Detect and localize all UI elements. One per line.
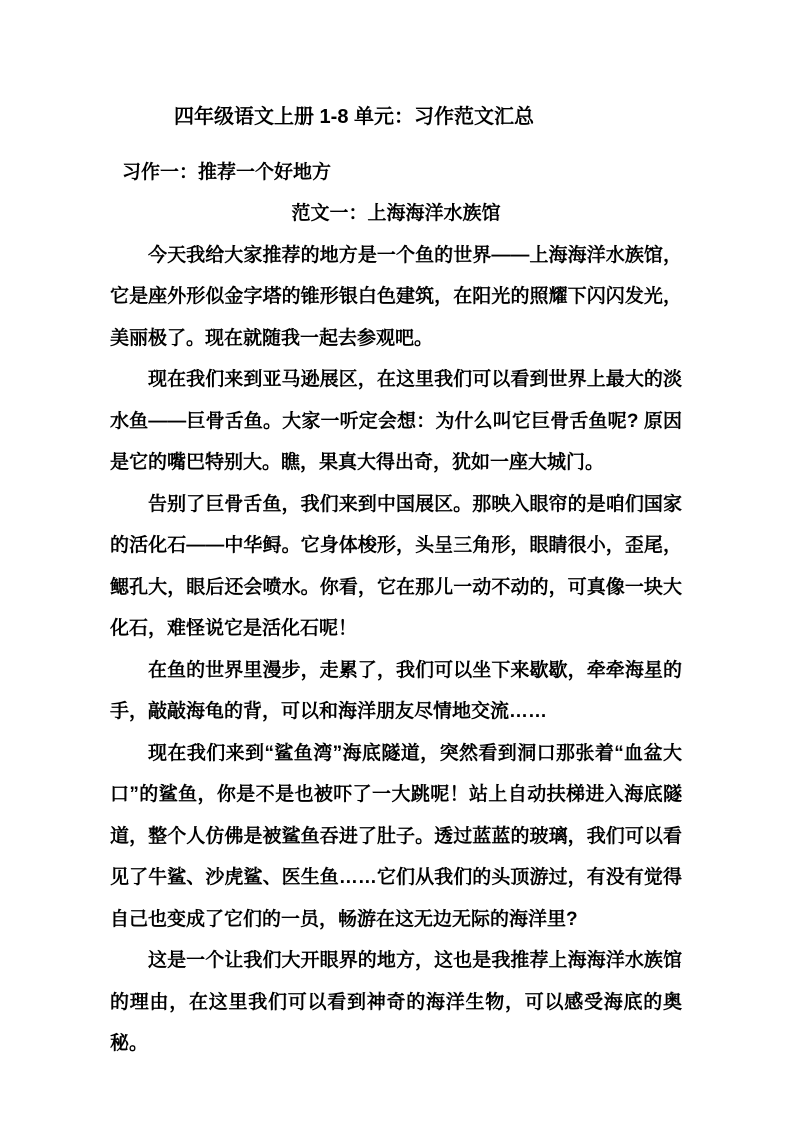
section-heading: 习作一：推荐一个好地方 — [110, 152, 682, 194]
paragraph-shark-bay: 现在我们来到“鲨鱼湾”海底隧道，突然看到洞口那张着“血盆大口”的鲨鱼，你是不是也… — [110, 733, 682, 941]
paragraph-intro: 今天我给大家推荐的地方是一个鱼的世界——上海海洋水族馆，它是座外形似金字塔的锥形… — [110, 235, 682, 360]
paragraph-rest-area: 在鱼的世界里漫步，走累了，我们可以坐下来歇歇，牵牵海星的手，敲敲海龟的背，可以和… — [110, 650, 682, 733]
paragraph-amazon-zone: 现在我们来到亚马逊展区，在这里我们可以看到世界上最大的淡水鱼——巨骨舌鱼。大家一… — [110, 359, 682, 484]
paragraph-conclusion: 这是一个让我们大开眼界的地方，这也是我推荐上海海洋水族馆的理由，在这里我们可以看… — [110, 940, 682, 1065]
document-page: 四年级语文上册 1-8 单元：习作范文汇总 习作一：推荐一个好地方 范文一：上海… — [0, 0, 793, 1121]
essay-title: 范文一：上海海洋水族馆 — [110, 193, 682, 235]
paragraph-china-zone: 告别了巨骨舌鱼，我们来到中国展区。那映入眼帘的是咱们国家的活化石——中华鲟。它身… — [110, 484, 682, 650]
document-title: 四年级语文上册 1-8 单元：习作范文汇总 — [110, 97, 682, 139]
